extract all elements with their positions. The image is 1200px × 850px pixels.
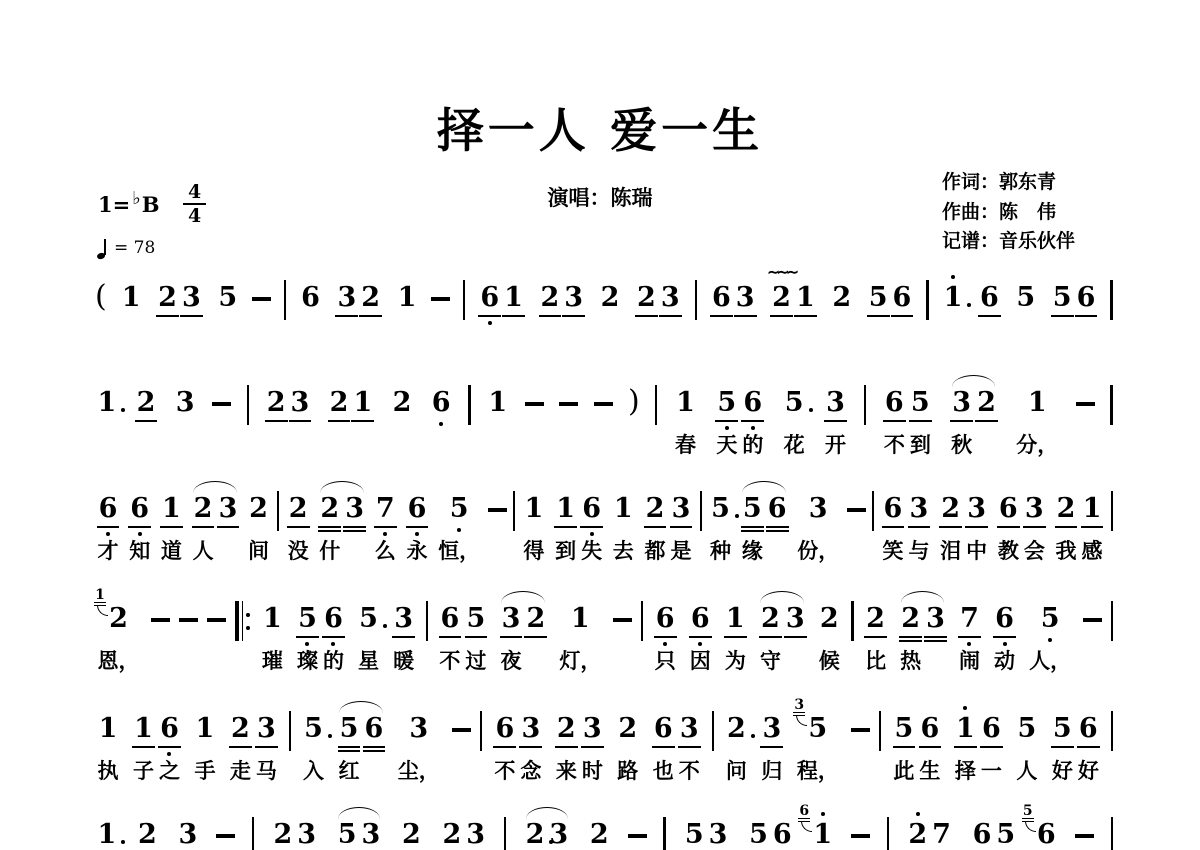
note-digit: 5 [1016, 283, 1035, 313]
time-denominator: 4 [183, 205, 206, 227]
note: 2 [393, 388, 412, 418]
note-digit: 5 [911, 388, 930, 418]
key-signature: 1=♭B [98, 188, 159, 217]
note-body: 3 [1025, 494, 1044, 524]
note-body: 3 [291, 388, 310, 418]
barline [252, 817, 254, 850]
note-body: 5 [218, 283, 237, 313]
note-digit: 5 [895, 714, 914, 744]
note-group: 2候 [816, 604, 842, 672]
note-group: 65 [1034, 820, 1058, 850]
beam-underline [939, 526, 962, 528]
note-group: 5此6生 [891, 714, 943, 782]
note-group: 1为 [722, 604, 748, 672]
lyric-char: 路 [617, 760, 638, 782]
beam-underline [135, 420, 158, 422]
note-body: 6 [691, 604, 710, 634]
note-digit: 5 [359, 604, 378, 634]
flat-icon: ♭ [132, 188, 141, 209]
note-body: 5 [467, 604, 486, 634]
beam-underline [406, 526, 429, 528]
note-body: 6 [324, 604, 343, 634]
note-digit: 1 [956, 714, 975, 744]
note-body: 1 [99, 714, 118, 744]
note-group: 1得 [521, 494, 547, 562]
lyric-char: 为 [725, 650, 746, 672]
note-digit: 2 [908, 820, 927, 850]
note: 2 [637, 283, 656, 313]
beam-underline [724, 636, 747, 638]
note-body: 16 [813, 820, 832, 850]
note: 5好 [1052, 714, 1073, 782]
note: 2走 [230, 714, 251, 782]
repeat-thin-bar [242, 601, 244, 641]
note-digit: 6 [495, 714, 514, 744]
note-digit: 7 [960, 604, 979, 634]
note: 3 [564, 283, 583, 313]
beam-underline [555, 746, 578, 748]
lyric-char: 不 [439, 650, 460, 672]
note-digit: 5 [785, 388, 804, 418]
lyric-char: 知 [129, 540, 150, 562]
dash-note [179, 618, 198, 622]
composer-credit: 作曲：陈 伟 [942, 198, 1075, 228]
music-line-2: 1232321261)1春5天6的5花3开6不5到3秋21分， [95, 388, 1113, 456]
lyric-char: 尘， [398, 760, 440, 782]
beam-underline [581, 746, 604, 748]
note-digit: 2 [832, 283, 851, 313]
dash-note [525, 402, 544, 406]
dash-note [216, 834, 235, 838]
note: 6失 [581, 494, 602, 562]
note-digit: 6 [324, 604, 343, 634]
note: 1道 [161, 494, 182, 562]
note-body: 6 [408, 494, 427, 524]
note: 1感 [1082, 494, 1103, 562]
beam-underline-2 [343, 530, 366, 532]
lyric-char: 教 [998, 540, 1019, 562]
beam-underline [978, 315, 1001, 317]
note-group: 6不5过 [437, 604, 489, 672]
note-digit: 5 [1017, 714, 1036, 744]
barline [284, 280, 286, 320]
slur-arc [193, 481, 237, 493]
beam-underline [180, 315, 203, 317]
note-group: 2比 [863, 604, 889, 672]
note: 3 [297, 820, 316, 850]
note-body: 53 [808, 714, 827, 744]
beam-underline [734, 315, 757, 317]
lyric-char: 的 [742, 434, 763, 456]
note-body: 2 [832, 283, 851, 313]
beam-underline [296, 636, 319, 638]
note: 53程， [797, 714, 839, 782]
note-group: 1 [941, 283, 965, 313]
low-octave-dot [967, 642, 971, 646]
slur-arc [742, 481, 786, 493]
note: 5天 [716, 388, 737, 456]
note: 5缘 [742, 494, 763, 562]
open-paren: ( [95, 281, 107, 313]
note-body: 7 [960, 604, 979, 634]
note-group: 1到6失 [553, 494, 605, 562]
note-digit: 6 [743, 388, 762, 418]
trill-icon: ∼∼∼ [767, 263, 796, 282]
note-body: 2 [1057, 494, 1076, 524]
note: 3不 [679, 714, 700, 782]
note: 6 [768, 494, 787, 562]
beam-underline [824, 420, 847, 422]
note-digit: 1 [676, 388, 695, 418]
slur-arc [338, 807, 380, 819]
song-title: 择一人 爱一生 [0, 94, 1200, 161]
note-body: 1 [614, 494, 633, 524]
note-group: 23 [156, 283, 204, 313]
note-group: 1 [95, 388, 119, 418]
note-digit: 3 [926, 604, 945, 634]
note-body: 5 [685, 820, 704, 850]
barline [1110, 385, 1112, 425]
note-digit: 2 [820, 604, 839, 634]
lyric-char: 星 [358, 650, 379, 672]
note: 1春 [675, 388, 696, 456]
note-body: 3 [345, 494, 364, 524]
note-digit: 6 [365, 714, 384, 744]
note-body: 6 [893, 283, 912, 313]
lyric-char: 过 [465, 650, 486, 672]
lyric-char: 中 [966, 540, 987, 562]
note: 1 [122, 283, 141, 313]
lyric-char: 暖 [393, 650, 414, 672]
note: 2什 [319, 494, 340, 562]
note-body: 3 [178, 820, 197, 850]
note-group: 1道 [158, 494, 184, 562]
note-group: 53 [335, 820, 383, 850]
note-body: 6 [480, 283, 499, 313]
note: 2 [330, 388, 349, 418]
note-body: 6 [999, 494, 1018, 524]
note-group: 16 [811, 820, 835, 850]
beam-underline [1075, 315, 1098, 317]
music-line-6: 1232353223232535616276565 [95, 820, 1113, 850]
note-group: 5 [1014, 283, 1038, 313]
note: 3 [709, 820, 728, 850]
note-digit: 1 [196, 714, 215, 744]
note-digit: 3 [967, 494, 986, 524]
beam-underline [652, 746, 675, 748]
note-digit: 3 [680, 714, 699, 744]
note-body: 3 [257, 714, 276, 744]
note-digit: 3 [345, 494, 364, 524]
beam-underline [689, 636, 712, 638]
note: 7 [932, 820, 951, 850]
note: 3中 [966, 494, 987, 562]
note-digit: 6 [301, 283, 320, 313]
note-digit: 6 [884, 494, 903, 524]
beam-underline [439, 636, 462, 638]
barline [1111, 491, 1113, 531]
lyric-char: 灯， [559, 650, 601, 672]
lyric-char: 春 [675, 434, 696, 456]
beam-underline [950, 420, 973, 422]
note-body: 7 [376, 494, 395, 524]
note: 5 [338, 820, 357, 850]
barline [712, 711, 714, 751]
beam-underline [741, 526, 764, 528]
note-digit: 2 [541, 283, 560, 313]
beam-underline [794, 315, 817, 317]
high-octave-dot [821, 812, 825, 816]
low-octave-dot [1048, 638, 1052, 642]
barline [851, 601, 853, 641]
barline [872, 491, 874, 531]
note: 6一 [981, 714, 1002, 782]
note-group: 23 [538, 283, 586, 313]
note: 3暖 [393, 604, 414, 672]
note-group: 6笑3与 [880, 494, 932, 562]
lyric-char: 守 [760, 650, 781, 672]
note-digit: 2 [977, 388, 996, 418]
note: 6 [973, 820, 992, 850]
note: 16 [813, 820, 832, 850]
note: 3 [337, 283, 356, 313]
note: 1灯， [559, 604, 601, 672]
time-numerator: 4 [183, 181, 206, 205]
note-body: 3 [709, 820, 728, 850]
music-line-3: 6才6知1道2人32间2没2什37么6永5恒，1得1到6失1去2都3是5种5缘6… [95, 494, 1113, 562]
low-octave-dot [457, 528, 461, 532]
time-signature: 4 4 [183, 181, 206, 227]
note-digit: 2 [231, 714, 250, 744]
note-body: 6 [885, 388, 904, 418]
note-group: 3 [176, 820, 200, 850]
note: 3尘， [398, 714, 440, 782]
lyric-char: 问 [726, 760, 747, 782]
beam-underline [229, 746, 252, 748]
lyric-char: 泪 [940, 540, 961, 562]
note-digit: 6 [408, 494, 427, 524]
note-group: 5种 [708, 494, 734, 562]
note: 1 [98, 820, 117, 850]
note-digit: 2 [866, 604, 885, 634]
beam-underline [539, 315, 562, 317]
grace-note: 5 [1022, 804, 1034, 822]
note: 6不 [494, 714, 515, 782]
tempo-value: = 78 [114, 238, 155, 258]
note: 3 [466, 820, 485, 850]
note-group: 5入 [301, 714, 327, 782]
note-group: 2路 [615, 714, 641, 782]
dash-note [431, 297, 450, 301]
note-digit: 2 [138, 820, 157, 850]
dash-note [1075, 834, 1094, 838]
note: 6知 [129, 494, 150, 562]
note-digit: 3 [564, 283, 583, 313]
beam-underline [1081, 526, 1104, 528]
note-digit: 2 [393, 388, 412, 418]
note-body: 3 [549, 820, 568, 850]
note: 6之 [159, 714, 180, 782]
note-body: 1 [398, 283, 417, 313]
note: 2都 [644, 494, 665, 562]
beam-underline [1055, 526, 1078, 528]
note-body: 1 [571, 604, 590, 634]
grace-note: 1 [94, 588, 106, 606]
lyric-char: 道 [161, 540, 182, 562]
lyric-char: 到 [910, 434, 931, 456]
note-body: 5 [785, 388, 804, 418]
note-body: 6 [768, 494, 787, 524]
note-group: 1春 [673, 388, 699, 456]
repeat-dot [246, 626, 250, 630]
note-body: 6 [921, 714, 940, 744]
note: 2问 [726, 714, 747, 782]
beam-underline [351, 420, 374, 422]
note: 2来 [556, 714, 577, 782]
note-digit: 2 [194, 494, 213, 524]
barline [1111, 601, 1113, 641]
beam-underline [502, 315, 525, 317]
note-digit: 2 [109, 604, 128, 634]
note-body: 2 [442, 820, 461, 850]
note-digit: 1 [98, 388, 117, 418]
note: 3份， [797, 494, 839, 562]
note-body: 6 [973, 820, 992, 850]
note: 3 [219, 494, 238, 562]
beam-underline [954, 746, 977, 748]
note-digit: 6 [893, 283, 912, 313]
note-group: 6永 [404, 494, 430, 562]
note-body: 3 [394, 604, 413, 634]
note-body: 21 [109, 604, 128, 634]
beam-underline-2 [338, 750, 361, 752]
beam-underline [519, 746, 542, 748]
lyric-char: 与 [908, 540, 929, 562]
note-body: 5 [869, 283, 888, 313]
note-group: 2 [134, 388, 158, 418]
note: 1 [944, 283, 963, 313]
note: 3 [362, 820, 381, 850]
beam-underline [343, 526, 366, 528]
beam-underline [363, 746, 386, 748]
note-body: 3 [466, 820, 485, 850]
augmentation-dot [751, 734, 755, 738]
note: 1 [398, 283, 417, 313]
note-group: 5恒， [436, 494, 483, 562]
note: 2我 [1056, 494, 1077, 562]
beam-underline [160, 526, 183, 528]
augmentation-dot [383, 624, 387, 628]
note-group: 53程， [794, 714, 841, 782]
note: 5到 [910, 388, 931, 456]
beam-underline [1023, 526, 1046, 528]
note-digit: 1 [525, 494, 544, 524]
note-body: 6 [1077, 283, 1096, 313]
note-digit: 2 [249, 494, 268, 524]
note-digit: 5 [1053, 283, 1072, 313]
note-body: 2 [590, 820, 609, 850]
note-digit: 3 [176, 388, 195, 418]
note-group: 2 [830, 283, 854, 313]
beam-underline-2 [766, 530, 789, 532]
note: 3 [926, 604, 945, 672]
note: 5人 [1016, 714, 1037, 782]
barline [504, 817, 506, 850]
note-digit: 1 [556, 494, 575, 524]
note-body: 6 [495, 714, 514, 744]
note: 3 [345, 494, 364, 562]
note-digit: 3 [219, 494, 238, 524]
beam-underline [265, 420, 288, 422]
note-body: 6 [301, 283, 320, 313]
note-digit: 5 [450, 494, 469, 524]
beam-underline [965, 526, 988, 528]
note-body: 3 [926, 604, 945, 634]
note-digit: 3 [502, 604, 521, 634]
note-digit: 1 [944, 283, 963, 313]
note-body: 2 [557, 714, 576, 744]
note-group: 3夜2 [498, 604, 548, 672]
note-body: 3 [786, 604, 805, 634]
note-digit: 3 [409, 714, 428, 744]
lyric-char: 不 [494, 760, 515, 782]
note: 2 [361, 283, 380, 313]
low-octave-dot [488, 321, 492, 325]
note-body: 2 [289, 494, 308, 524]
note-digit: 6 [656, 604, 675, 634]
note-group: 1择6一 [952, 714, 1004, 782]
note-group: 1手 [192, 714, 218, 782]
lyric-char: 会 [1024, 540, 1045, 562]
note-digit: 1 [98, 820, 117, 850]
lyric-char: 一 [981, 760, 1002, 782]
note: 1为 [725, 604, 746, 672]
lyric-char: 热 [900, 650, 921, 672]
note-group: 2什3 [317, 494, 367, 562]
note-body: 6 [982, 714, 1001, 744]
lyricist-credit: 作词：郭东青 [942, 168, 1075, 198]
key-letter: B [142, 192, 160, 217]
note: 7闹 [959, 604, 980, 672]
note-body: 2∼∼∼ [772, 283, 791, 313]
note-digit: 2 [590, 820, 609, 850]
beam-underline [158, 746, 181, 748]
note: 5花 [784, 388, 805, 456]
lyric-char: 比 [865, 650, 886, 672]
note-digit: 3 [1025, 494, 1044, 524]
note: 2路 [617, 714, 638, 782]
note: 2 [137, 388, 156, 418]
note-group: 6 [299, 283, 323, 313]
low-octave-dot [138, 532, 142, 536]
low-octave-dot [305, 642, 309, 646]
note: 1 [796, 283, 815, 313]
note-body: 2 [820, 604, 839, 634]
beam-underline [919, 746, 942, 748]
note: 2 [832, 283, 851, 313]
dash-note [628, 834, 647, 838]
beam-underline [670, 526, 693, 528]
beam-underline [217, 526, 240, 528]
note-digit: 3 [736, 283, 755, 313]
note-body: 1 [944, 283, 963, 313]
note-group: 2我1感 [1053, 494, 1105, 562]
note-body: 2 [601, 283, 620, 313]
lyric-char: 红 [339, 760, 360, 782]
lyric-char: 之 [159, 760, 180, 782]
note-group: 2 [587, 820, 611, 850]
note: 6好 [1078, 714, 1099, 782]
